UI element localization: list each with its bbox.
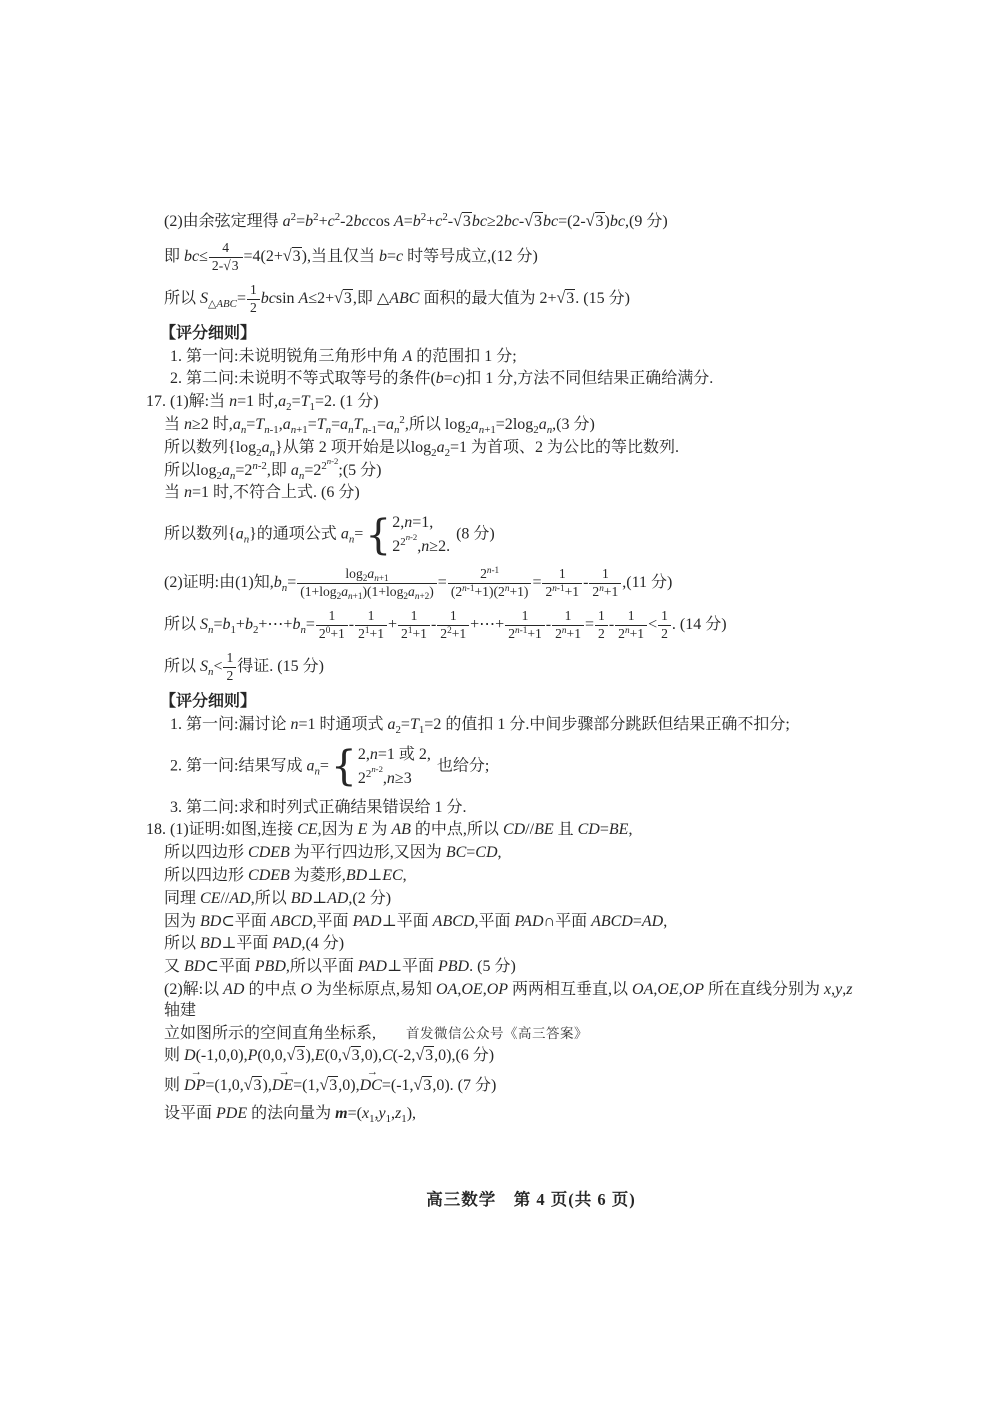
solution-line: 设平面 PDE 的法向量为 m=(x1,y1,z1), [146,1104,868,1125]
solution-line: 所以 Sn<12得证. (15 分) [146,650,868,685]
vector-arrow: → [184,1065,207,1080]
solution-line: 所以四边形 CDEB 为菱形,BD⊥EC, [146,866,868,887]
solution-line: 所以数列{log2an}从第 2 项开始是以log2a2=1 为首项、2 为公比… [146,438,868,459]
solution-line: 1. 第一问:漏讨论 n=1 时通项式 a2=T1=2 的值扣 1 分.中间步骤… [146,715,868,736]
section-header: 【评分细则】 [146,692,868,713]
brace-glyph: { [365,517,391,554]
solution-line: (2)由余弦定理得 a2=b2+c2-2bccos A=b2+c2-√3bc≥2… [146,212,868,233]
solution-line: 2. 第一问:结果写成 an={2,n=1 或 2,22n-2,n≥3 也给分; [146,743,868,791]
solution-line: 当 n=1 时,不符合上式. (6 分) [146,483,868,504]
solution-line: 18. (1)证明:如图,连接 CE,因为 E 为 AB 的中点,所以 CD//… [146,820,868,841]
solution-line: 所以数列{an}的通项公式 an={2,n=1,22n-2,n≥2. (8 分) [146,511,868,559]
solution-line: 当 n≥2 时,an=Tn-1,an+1=Tn=anTn-1=an2,所以 lo… [146,415,868,436]
solution-line: 立如图所示的空间直角坐标系,首发微信公众号《高三答案》 [146,1024,868,1045]
solution-line: 所以 S△ABC=12bcsin A≤2+√3,即 △ABC 面积的最大值为 2… [146,282,868,317]
vector-arrow: → [272,1065,295,1080]
watermark: 首发微信公众号《高三答案》 [406,1026,588,1041]
solution-line: 又 BD⊂平面 PBD,所以平面 PAD⊥平面 PBD. (5 分) [146,957,868,978]
solution-line: 所以log2an=2n-2,即 an=22n-2;(5 分) [146,461,868,482]
brace-glyph: { [331,748,357,785]
solution-line: 17. (1)解:当 n=1 时,a2=T1=2. (1 分) [146,392,868,413]
section-header: 【评分细则】 [146,324,868,345]
vector-arrow: → [360,1065,384,1080]
solution-line: 所以 BD⊥平面 PAD,(4 分) [146,934,868,955]
solution-line: 同理 CE//AD,所以 BD⊥AD,(2 分) [146,889,868,910]
solution-line: (2)证明:由(1)知,bn=log2an+1(1+log2an+1)(1+lo… [146,566,868,601]
solution-line: 2. 第二问:未说明不等式取等号的条件(b=c)扣 1 分,方法不同但结果正确给… [146,369,868,390]
solution-line: 则 D(-1,0,0),P(0,0,√3),E(0,√3,0),C(-2,√3,… [146,1046,868,1067]
solution-line: 所以四边形 CDEB 为平行四边形,又因为 BC=CD, [146,843,868,864]
solution-line: 所以 Sn=b1+b2+⋯+bn=120+1-121+1+121+1-122+1… [146,608,868,643]
solution-line: 即 bc≤42-√3=4(2+√3),当且仅当 b=c 时等号成立,(12 分) [146,240,868,275]
solution-line: 1. 第一问:未说明锐角三角形中角 A 的范围扣 1 分; [146,347,868,368]
solution-content: (2)由余弦定理得 a2=b2+c2-2bccos A=b2+c2-√3bc≥2… [146,210,868,1127]
page-footer: 高三数学 第 4 页(共 6 页) [0,1186,992,1210]
solution-line: 3. 第二问:求和时列式正确结果错误给 1 分. [146,798,868,819]
document-page: (2)由余弦定理得 a2=b2+c2-2bccos A=b2+c2-√3bc≥2… [0,0,992,1403]
solution-line: 因为 BD⊂平面 ABCD,平面 PAD⊥平面 ABCD,平面 PAD∩平面 A… [146,912,868,933]
solution-line: 则 →DP=(1,0,√3),→DE=(1,√3,0),→DC=(-1,√3,0… [146,1074,868,1097]
solution-line: (2)解:以 AD 的中点 O 为坐标原点,易知 OA,OE,OP 两两相互垂直… [146,980,868,1022]
